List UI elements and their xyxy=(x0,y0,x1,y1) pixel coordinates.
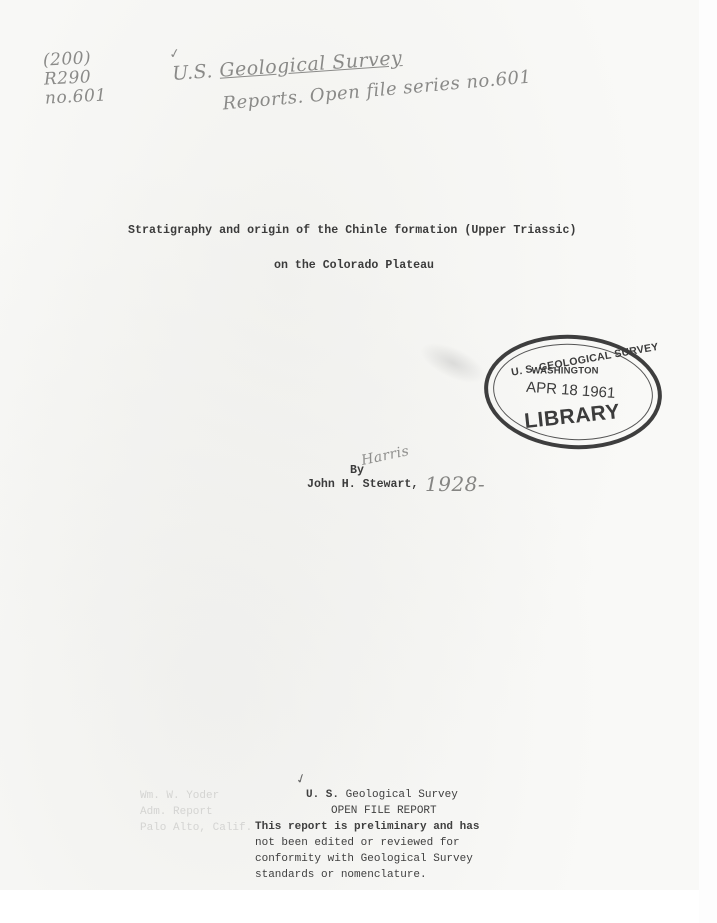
notice-agency: U. S. Geological Survey xyxy=(306,787,458,803)
series-agency: Geological Survey xyxy=(219,47,403,82)
stamp-city: WASHINGTON xyxy=(531,365,598,376)
scanned-page: (200) R290 no.601 ✓ U.S. Geological Surv… xyxy=(0,0,717,923)
notice-report-type: OPEN FILE REPORT xyxy=(331,803,437,819)
notice-line: conformity with Geological Survey xyxy=(255,851,473,867)
title-line-1: Stratigraphy and origin of the Chinle fo… xyxy=(128,224,576,237)
notice-agency-abbrev: U. S. xyxy=(306,789,339,801)
handwritten-middle-name: Harris xyxy=(360,443,411,469)
bleed-through-text: Palo Alto, Calif. xyxy=(140,820,252,836)
bleed-through-text: Adm. Report xyxy=(140,804,213,820)
notice-agency-name: Geological Survey xyxy=(346,789,458,801)
handwritten-birth-year: 1928- xyxy=(425,472,485,496)
call-number-line: no.601 xyxy=(45,86,108,108)
author-name: John H. Stewart, xyxy=(307,478,418,491)
scan-margin xyxy=(0,890,717,923)
handwritten-series-line-1: U.S. Geological Survey xyxy=(172,47,403,85)
notice-line: not been edited or reviewed for xyxy=(255,835,460,851)
ink-smudge xyxy=(415,335,491,392)
handwritten-call-number: (200) R290 no.601 xyxy=(43,48,108,108)
check-mark-icon: ✓ xyxy=(168,43,180,63)
title-line-2: on the Colorado Plateau xyxy=(274,259,434,272)
bleed-through-text: Wm. W. Yoder xyxy=(140,788,219,804)
check-mark-icon: ✓ xyxy=(294,771,309,789)
series-prefix: U.S. xyxy=(172,60,214,85)
notice-line: standards or nomenclature. xyxy=(255,867,427,883)
library-stamp: U. S. GEOLOGICAL SURVEY WASHINGTON APR 1… xyxy=(480,329,666,455)
notice-line: This report is preliminary and has xyxy=(255,819,479,835)
scan-margin-right xyxy=(699,0,717,923)
